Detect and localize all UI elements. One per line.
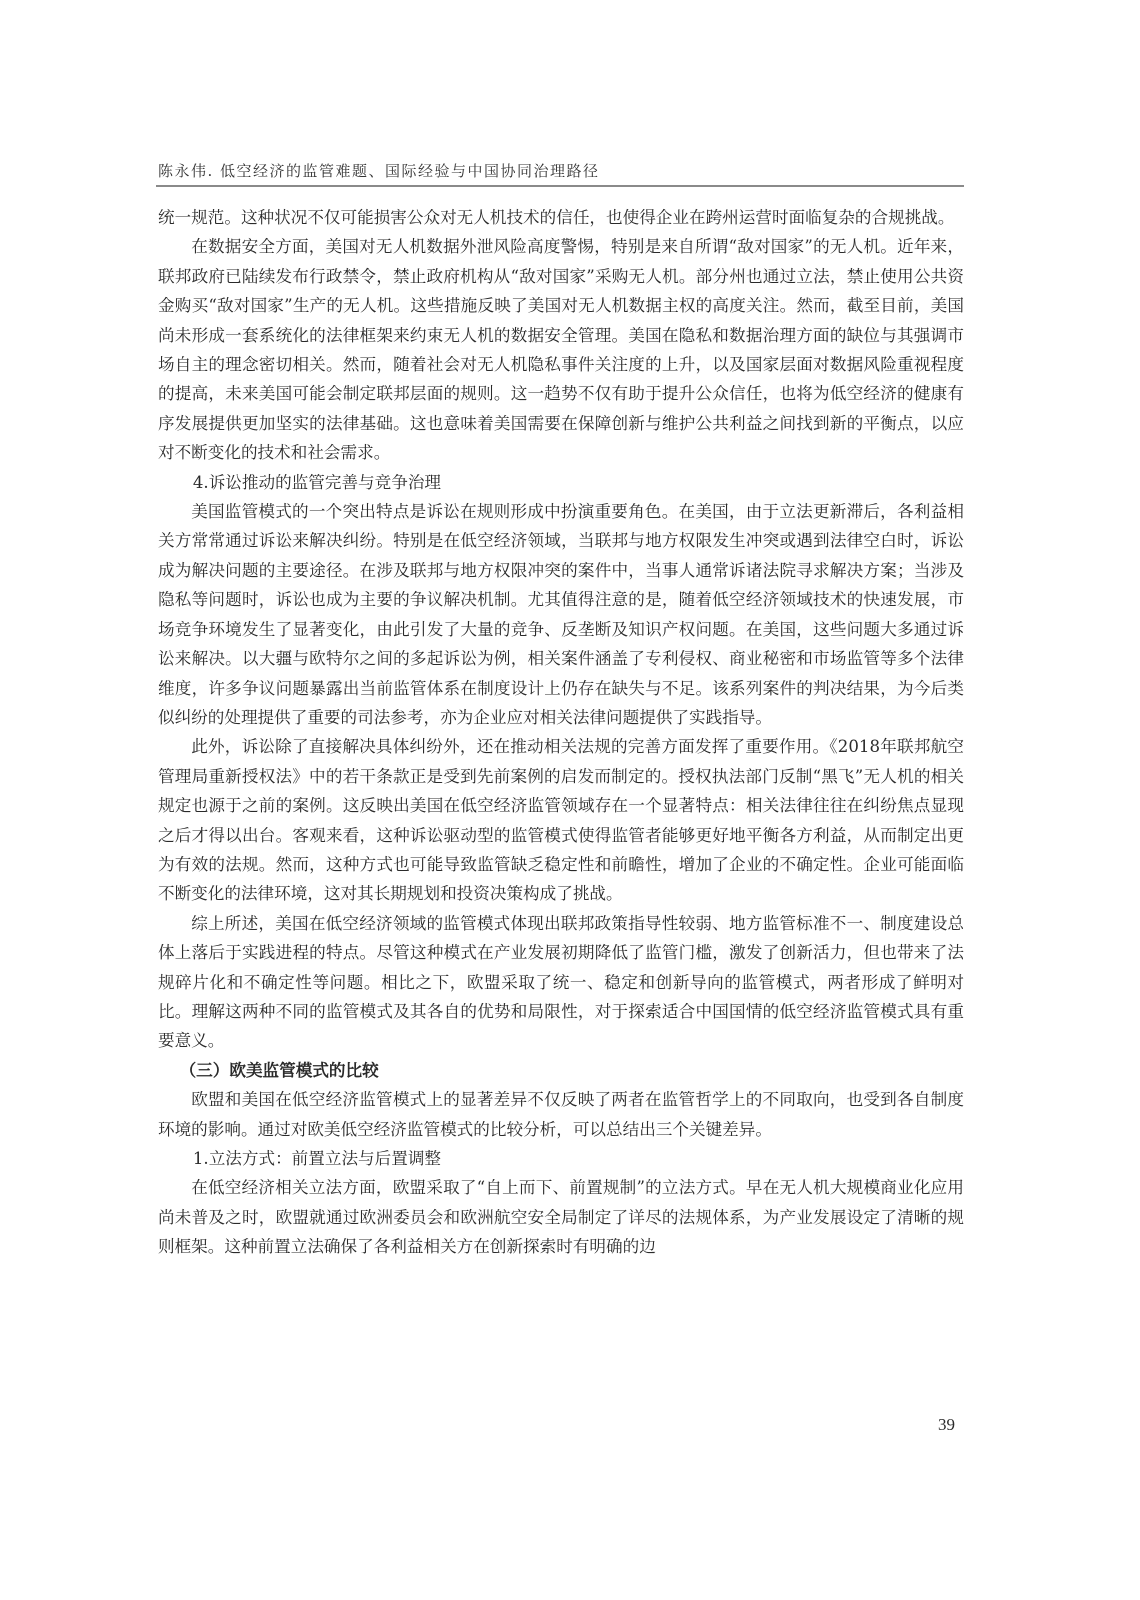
- article-body: 统一规范。这种状况不仅可能损害公众对无人机技术的信任，也使得企业在跨州运营时面临…: [158, 203, 964, 1262]
- subheading-legislation: 1.立法方式：前置立法与后置调整: [158, 1144, 964, 1173]
- section-heading-comparison: （三）欧美监管模式的比较: [158, 1056, 964, 1085]
- paragraph-litigation: 美国监管模式的一个突出特点是诉讼在规则形成中扮演重要角色。在美国，由于立法更新滞…: [158, 497, 964, 732]
- header-divider: [156, 185, 964, 187]
- paragraph-litigation-regulation: 此外，诉讼除了直接解决具体纠纷外，还在推动相关法规的完善方面发挥了重要作用。《2…: [158, 732, 964, 908]
- paragraph-data-security: 在数据安全方面，美国对无人机数据外泄风险高度警惕，特别是来自所谓“敌对国家”的无…: [158, 232, 964, 467]
- page-number: 39: [938, 1415, 955, 1435]
- paragraph-summary: 综上所述，美国在低空经济领域的监管模式体现出联邦政策指导性较弱、地方监管标准不一…: [158, 909, 964, 1056]
- running-header: 陈永伟. 低空经济的监管难题、国际经验与中国协同治理路径: [158, 160, 963, 181]
- paragraph-comparison-intro: 欧盟和美国在低空经济监管模式上的显著差异不仅反映了两者在监管哲学上的不同取向，也…: [158, 1085, 964, 1144]
- subheading-litigation: 4.诉讼推动的监管完善与竞争治理: [158, 468, 964, 497]
- paragraph-continuation: 统一规范。这种状况不仅可能损害公众对无人机技术的信任，也使得企业在跨州运营时面临…: [158, 203, 964, 232]
- paragraph-legislation: 在低空经济相关立法方面，欧盟采取了“自上而下、前置规制”的立法方式。早在无人机大…: [158, 1173, 964, 1261]
